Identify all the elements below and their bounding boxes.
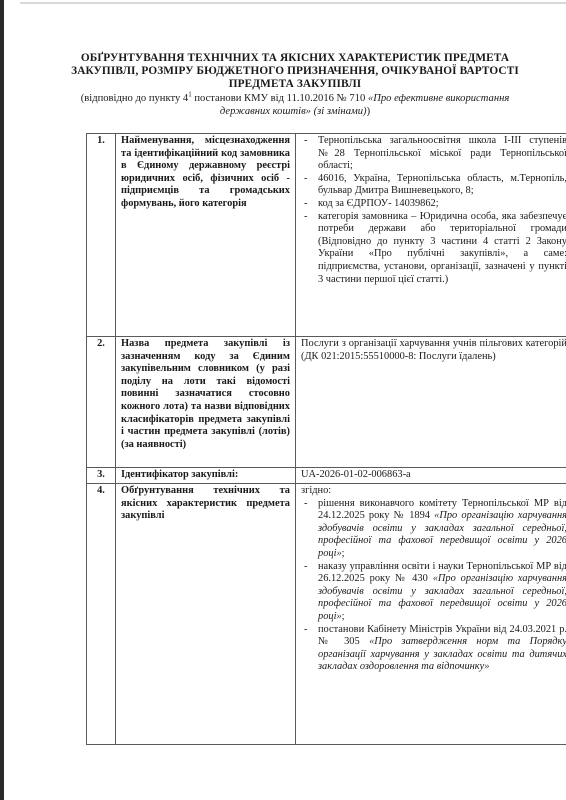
row-label: Назва предмета закупівлі із зазначенням … (116, 337, 296, 468)
table-row: 2. Назва предмета закупівлі із зазначенн… (87, 337, 566, 468)
subtitle-prefix: (відповідно до пункту 4 (81, 93, 189, 104)
list-item: Тернопільська загальноосвітня школа І-ІІ… (301, 135, 566, 173)
subtitle-middle: постанови КМУ від 11.10.2016 № 710 (192, 93, 368, 104)
procurement-table: 1. Найменування, місцезнаходження та іде… (86, 133, 566, 745)
table-row: 3. Ідентифікатор закупівлі: UA-2026-01-0… (87, 468, 566, 484)
procurement-id: UA-2026-01-02-006863-a (296, 468, 566, 484)
scan-edge-strip (0, 0, 4, 800)
row-value: згідно: рішення виконавчого комітету Тер… (296, 484, 566, 745)
title-line-3: ПРЕДМЕТА ЗАКУПІВЛІ (229, 78, 361, 90)
subtitle-suffix: ) (367, 106, 371, 117)
list-item: 46016, Україна, Тернопільська область, м… (301, 173, 566, 198)
row-number: 4. (87, 484, 116, 745)
item-tail: ; (342, 611, 345, 622)
list-item: наказу управління освіти і науки Тернопі… (301, 561, 566, 624)
table-row: 4. Обґрунтування технічних та якісних ха… (87, 484, 566, 745)
row-label: Обґрунтування технічних та якісних харак… (116, 484, 296, 745)
row-number: 3. (87, 468, 116, 484)
row-number: 1. (87, 134, 116, 337)
row-label: Найменування, місцезнаходження та іденти… (116, 134, 296, 337)
list-item: код за ЄДРПОУ- 14039862; (301, 198, 566, 211)
document-subtitle: (відповідно до пункту 41 постанови КМУ в… (60, 92, 530, 118)
document-title: ОБҐРУНТУВАННЯ ТЕХНІЧНИХ ТА ЯКІСНИХ ХАРАК… (60, 52, 530, 91)
row-value: Послуги з організації харчування учнів п… (296, 337, 566, 468)
table-row: 1. Найменування, місцезнаходження та іде… (87, 134, 566, 337)
list-item: рішення виконавчого комітету Тернопільсь… (301, 498, 566, 561)
justification-intro: згідно: (301, 485, 566, 498)
customer-details-list: Тернопільська загальноосвітня школа І-ІІ… (301, 135, 566, 286)
row-value: Тернопільська загальноосвітня школа І-ІІ… (296, 134, 566, 337)
justification-list: рішення виконавчого комітету Тернопільсь… (301, 498, 566, 674)
row-number: 2. (87, 337, 116, 468)
item-tail: ; (342, 548, 345, 559)
row-label: Ідентифікатор закупівлі: (116, 468, 296, 484)
title-line-1: ОБҐРУНТУВАННЯ ТЕХНІЧНИХ ТА ЯКІСНИХ ХАРАК… (81, 52, 509, 64)
bleed-through-line (20, 2, 566, 4)
document-header: ОБҐРУНТУВАННЯ ТЕХНІЧНИХ ТА ЯКІСНИХ ХАРАК… (60, 52, 530, 118)
list-item: постанови Кабінету Міністрів України від… (301, 624, 566, 674)
list-item: категорія замовника – Юридична особа, як… (301, 211, 566, 287)
title-line-2: ЗАКУПІВЛІ, РОЗМІРУ БЮДЖЕТНОГО ПРИЗНАЧЕНН… (71, 65, 519, 77)
